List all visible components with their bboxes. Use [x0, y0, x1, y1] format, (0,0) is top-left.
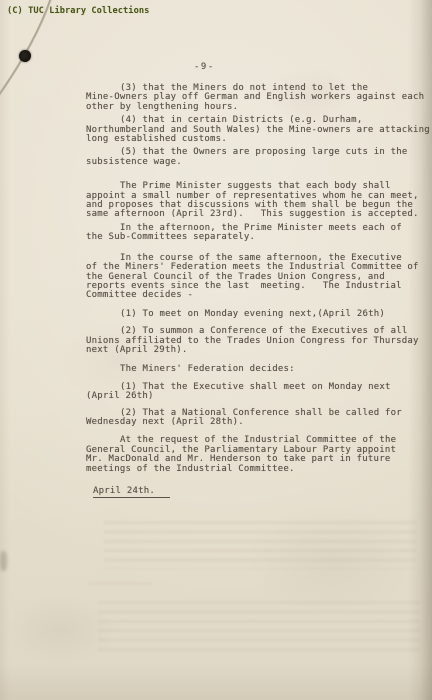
committee-decision-2: (2) To summon a Conference of the Execut…	[86, 327, 432, 355]
committee-decision-1: (1) To meet on Monday evening next,(Apri…	[86, 310, 432, 319]
bleedthrough-ghost-text	[104, 521, 416, 569]
industrial-committee-paragraph: In the course of the same afternoon, the…	[86, 254, 432, 301]
page-number: -9-	[194, 62, 215, 72]
item-3: (3) that the Miners do not intend to let…	[86, 84, 432, 112]
item-5: (5) that the Owners are proposing large …	[86, 148, 432, 167]
bleedthrough-ghost-text	[88, 582, 152, 588]
edge-stain	[0, 551, 7, 571]
prime-minister-paragraph: The Prime Minister suggests that each bo…	[86, 182, 432, 220]
bleedthrough-ghost-text	[98, 601, 420, 653]
labour-party-paragraph: At the request of the Industrial Committ…	[86, 436, 432, 474]
library-watermark: (C) TUC Library Collections	[7, 6, 149, 16]
miners-federation-heading: The Miners' Federation decides:	[86, 365, 432, 374]
scanned-document-page: (C) TUC Library Collections -9- (3) that…	[0, 0, 432, 700]
federation-decision-2: (2) That a National Conference shall be …	[86, 409, 432, 428]
afternoon-paragraph: In the afternoon, the Prime Minister mee…	[86, 224, 432, 243]
federation-decision-1: (1) That the Executive shall meet on Mon…	[86, 383, 432, 402]
date-heading: April 24th.	[93, 487, 432, 496]
hole-punch	[19, 50, 31, 62]
item-4: (4) that in certain Districts (e.g. Durh…	[86, 116, 432, 144]
document-body: (3) that the Miners do not intend to let…	[86, 84, 432, 496]
